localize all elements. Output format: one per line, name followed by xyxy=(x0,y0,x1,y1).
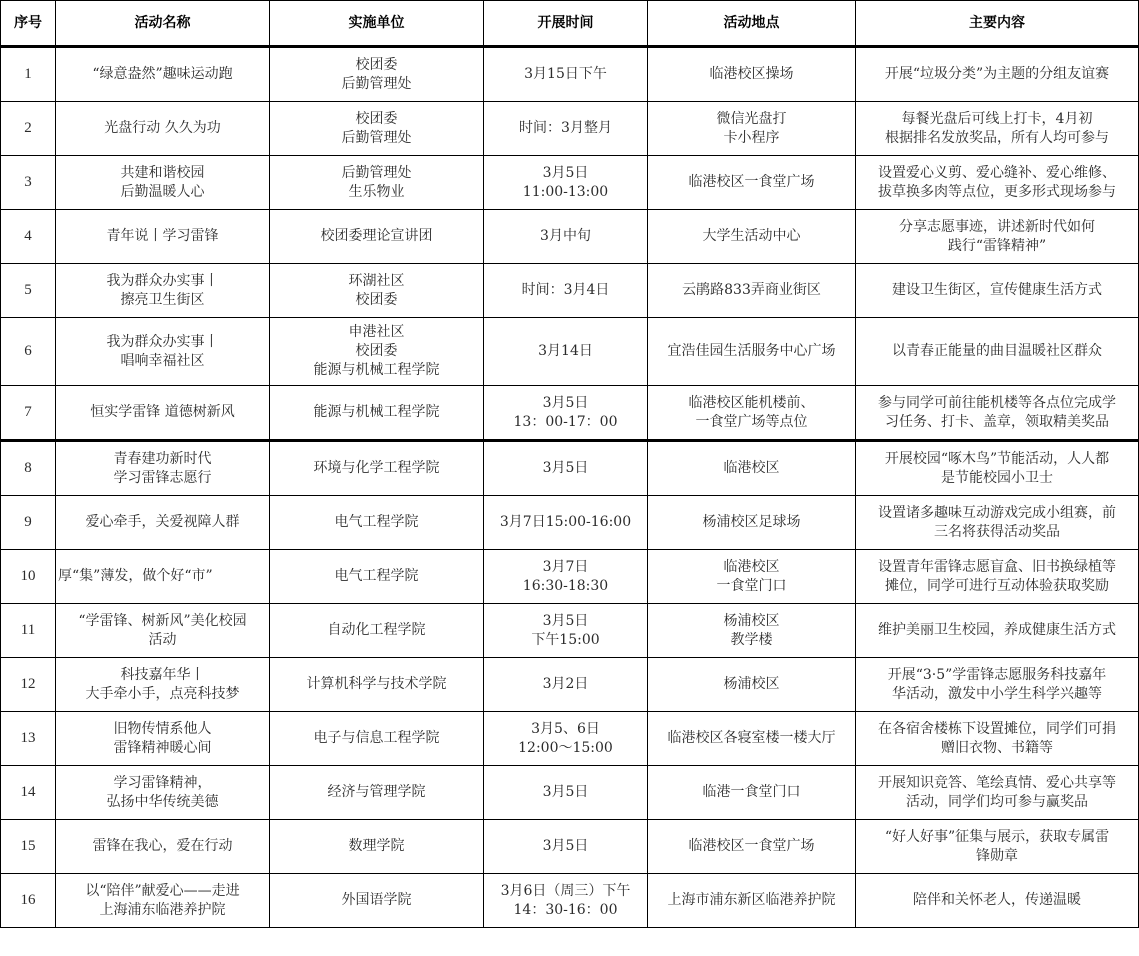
cell-unit: 电气工程学院 xyxy=(270,496,484,550)
cell-seq: 1 xyxy=(1,47,56,102)
cell-unit: 自动化工程学院 xyxy=(270,604,484,658)
cell-content: 维护美丽卫生校园，养成健康生活方式 xyxy=(856,604,1139,658)
cell-place: 宜浩佳园生活服务中心广场 xyxy=(648,318,856,386)
cell-time: 3月6日（周三）下午 14：30-16：00 xyxy=(484,874,648,928)
cell-seq: 3 xyxy=(1,156,56,210)
cell-place: 微信光盘打 卡小程序 xyxy=(648,102,856,156)
cell-seq: 11 xyxy=(1,604,56,658)
cell-content: 开展“3·5”学雷锋志愿服务科技嘉年 华活动，激发中小学生科学兴趣等 xyxy=(856,658,1139,712)
cell-unit: 申港社区 校团委 能源与机械工程学院 xyxy=(270,318,484,386)
header-activity-name: 活动名称 xyxy=(56,1,270,47)
table-row: 12 科技嘉年华丨 大手牵小手，点亮科技梦 计算机科学与技术学院 3月2日 杨浦… xyxy=(1,658,1139,712)
cell-activity-name: 厚“集”薄发，做个好“市” xyxy=(56,550,270,604)
header-row: 序号 活动名称 实施单位 开展时间 活动地点 主要内容 xyxy=(1,1,1139,47)
cell-seq: 16 xyxy=(1,874,56,928)
cell-content: 开展校园“啄木鸟”节能活动，人人都 是节能校园小卫士 xyxy=(856,441,1139,496)
cell-place: 大学生活动中心 xyxy=(648,210,856,264)
table-row: 7 恒实学雷锋 道德树新风 能源与机械工程学院 3月5日 13：00-17：00… xyxy=(1,386,1139,441)
cell-time: 3月15日下午 xyxy=(484,47,648,102)
cell-activity-name: 学习雷锋精神， 弘扬中华传统美德 xyxy=(56,766,270,820)
cell-place: 上海市浦东新区临港养护院 xyxy=(648,874,856,928)
table-row: 8 青春建功新时代 学习雷锋志愿行 环境与化学工程学院 3月5日 临港校区 开展… xyxy=(1,441,1139,496)
cell-unit: 校团委 后勤管理处 xyxy=(270,47,484,102)
cell-content: 以青春正能量的曲目温暖社区群众 xyxy=(856,318,1139,386)
cell-activity-name: 我为群众办实事丨 擦亮卫生街区 xyxy=(56,264,270,318)
cell-content: 建设卫生街区，宣传健康生活方式 xyxy=(856,264,1139,318)
cell-seq: 7 xyxy=(1,386,56,441)
cell-unit: 数理学院 xyxy=(270,820,484,874)
header-unit: 实施单位 xyxy=(270,1,484,47)
cell-content: 参与同学可前往能机楼等各点位完成学 习任务、打卡、盖章，领取精美奖品 xyxy=(856,386,1139,441)
cell-place: 临港校区 一食堂门口 xyxy=(648,550,856,604)
cell-seq: 14 xyxy=(1,766,56,820)
cell-place: 临港校区一食堂广场 xyxy=(648,156,856,210)
cell-time: 时间：3月4日 xyxy=(484,264,648,318)
table-row: 13 旧物传情系他人 雷锋精神暖心间 电子与信息工程学院 3月5、6日 12:0… xyxy=(1,712,1139,766)
cell-time: 3月5、6日 12:00～15:00 xyxy=(484,712,648,766)
cell-place: 临港校区 xyxy=(648,441,856,496)
cell-time: 3月中旬 xyxy=(484,210,648,264)
table-row: 10 厚“集”薄发，做个好“市” 电气工程学院 3月7日 16:30-18:30… xyxy=(1,550,1139,604)
table-row: 14 学习雷锋精神， 弘扬中华传统美德 经济与管理学院 3月5日 临港一食堂门口… xyxy=(1,766,1139,820)
cell-seq: 10 xyxy=(1,550,56,604)
table-row: 16 以“陪伴”献爱心——走进 上海浦东临港养护院 外国语学院 3月6日（周三）… xyxy=(1,874,1139,928)
cell-unit: 电子与信息工程学院 xyxy=(270,712,484,766)
cell-time: 3月5日 下午15:00 xyxy=(484,604,648,658)
table-row: 9 爱心牵手，关爱视障人群 电气工程学院 3月7日15:00-16:00 杨浦校… xyxy=(1,496,1139,550)
cell-seq: 15 xyxy=(1,820,56,874)
cell-time: 3月5日 xyxy=(484,766,648,820)
cell-place: 临港校区一食堂广场 xyxy=(648,820,856,874)
cell-activity-name: 科技嘉年华丨 大手牵小手，点亮科技梦 xyxy=(56,658,270,712)
cell-time: 3月14日 xyxy=(484,318,648,386)
cell-seq: 2 xyxy=(1,102,56,156)
cell-unit: 外国语学院 xyxy=(270,874,484,928)
cell-time: 3月5日 13：00-17：00 xyxy=(484,386,648,441)
header-place: 活动地点 xyxy=(648,1,856,47)
cell-content: 开展知识竞答、笔绘真情、爱心共享等 活动，同学们均可参与赢奖品 xyxy=(856,766,1139,820)
activity-table: 序号 活动名称 实施单位 开展时间 活动地点 主要内容 1 “绿意盎然”趣味运动… xyxy=(0,0,1139,928)
cell-seq: 5 xyxy=(1,264,56,318)
table-row: 3 共建和谐校园 后勤温暖人心 后勤管理处 生乐物业 3月5日 11:00-13… xyxy=(1,156,1139,210)
cell-activity-name: 恒实学雷锋 道德树新风 xyxy=(56,386,270,441)
cell-time: 3月5日 xyxy=(484,441,648,496)
cell-content: 开展“垃圾分类”为主题的分组友谊赛 xyxy=(856,47,1139,102)
cell-place: 杨浦校区 xyxy=(648,658,856,712)
cell-unit: 后勤管理处 生乐物业 xyxy=(270,156,484,210)
cell-unit: 经济与管理学院 xyxy=(270,766,484,820)
cell-place: 临港校区各寝室楼一楼大厅 xyxy=(648,712,856,766)
cell-place: 临港一食堂门口 xyxy=(648,766,856,820)
cell-activity-name: 我为群众办实事丨 唱响幸福社区 xyxy=(56,318,270,386)
cell-seq: 6 xyxy=(1,318,56,386)
cell-time: 3月5日 xyxy=(484,820,648,874)
cell-unit: 能源与机械工程学院 xyxy=(270,386,484,441)
header-time: 开展时间 xyxy=(484,1,648,47)
cell-content: “好人好事”征集与展示，获取专属雷 锋勋章 xyxy=(856,820,1139,874)
cell-place: 杨浦校区足球场 xyxy=(648,496,856,550)
table-row: 2 光盘行动 久久为功 校团委 后勤管理处 时间：3月整月 微信光盘打 卡小程序… xyxy=(1,102,1139,156)
cell-activity-name: 青春建功新时代 学习雷锋志愿行 xyxy=(56,441,270,496)
cell-content: 在各宿舍楼栋下设置摊位，同学们可捐 赠旧衣物、书籍等 xyxy=(856,712,1139,766)
cell-time: 时间：3月整月 xyxy=(484,102,648,156)
cell-seq: 9 xyxy=(1,496,56,550)
header-seq: 序号 xyxy=(1,1,56,47)
cell-unit: 环湖社区 校团委 xyxy=(270,264,484,318)
cell-place: 杨浦校区 教学楼 xyxy=(648,604,856,658)
cell-unit: 校团委理论宣讲团 xyxy=(270,210,484,264)
table-row: 5 我为群众办实事丨 擦亮卫生街区 环湖社区 校团委 时间：3月4日 云鹃路83… xyxy=(1,264,1139,318)
cell-content: 设置爱心义剪、爱心缝补、爱心维修、 拔草换多肉等点位，更多形式现场参与 xyxy=(856,156,1139,210)
cell-content: 分享志愿事迹，讲述新时代如何 践行“雷锋精神” xyxy=(856,210,1139,264)
cell-seq: 4 xyxy=(1,210,56,264)
header-content: 主要内容 xyxy=(856,1,1139,47)
table-row: 11 “学雷锋、树新风”美化校园 活动 自动化工程学院 3月5日 下午15:00… xyxy=(1,604,1139,658)
cell-seq: 12 xyxy=(1,658,56,712)
cell-unit: 环境与化学工程学院 xyxy=(270,441,484,496)
cell-place: 临港校区能机楼前、 一食堂广场等点位 xyxy=(648,386,856,441)
cell-activity-name: “学雷锋、树新风”美化校园 活动 xyxy=(56,604,270,658)
cell-content: 设置青年雷锋志愿盲盒、旧书换绿植等 摊位，同学可进行互动体验获取奖励 xyxy=(856,550,1139,604)
cell-time: 3月7日 16:30-18:30 xyxy=(484,550,648,604)
cell-activity-name: 以“陪伴”献爱心——走进 上海浦东临港养护院 xyxy=(56,874,270,928)
cell-activity-name: 旧物传情系他人 雷锋精神暖心间 xyxy=(56,712,270,766)
cell-activity-name: 雷锋在我心，爱在行动 xyxy=(56,820,270,874)
cell-activity-name: “绿意盎然”趣味运动跑 xyxy=(56,47,270,102)
cell-activity-name: 共建和谐校园 后勤温暖人心 xyxy=(56,156,270,210)
cell-seq: 13 xyxy=(1,712,56,766)
cell-activity-name: 爱心牵手，关爱视障人群 xyxy=(56,496,270,550)
cell-time: 3月2日 xyxy=(484,658,648,712)
table-row: 4 青年说丨学习雷锋 校团委理论宣讲团 3月中旬 大学生活动中心 分享志愿事迹，… xyxy=(1,210,1139,264)
table-row: 6 我为群众办实事丨 唱响幸福社区 申港社区 校团委 能源与机械工程学院 3月1… xyxy=(1,318,1139,386)
cell-seq: 8 xyxy=(1,441,56,496)
cell-unit: 电气工程学院 xyxy=(270,550,484,604)
cell-content: 每餐光盘后可线上打卡，4月初 根据排名发放奖品，所有人均可参与 xyxy=(856,102,1139,156)
cell-activity-name: 青年说丨学习雷锋 xyxy=(56,210,270,264)
cell-place: 云鹃路833弄商业街区 xyxy=(648,264,856,318)
cell-content: 设置诸多趣味互动游戏完成小组赛，前 三名将获得活动奖品 xyxy=(856,496,1139,550)
cell-time: 3月7日15:00-16:00 xyxy=(484,496,648,550)
cell-unit: 校团委 后勤管理处 xyxy=(270,102,484,156)
cell-activity-name: 光盘行动 久久为功 xyxy=(56,102,270,156)
cell-unit: 计算机科学与技术学院 xyxy=(270,658,484,712)
cell-content: 陪伴和关怀老人，传递温暖 xyxy=(856,874,1139,928)
cell-time: 3月5日 11:00-13:00 xyxy=(484,156,648,210)
table-row: 15 雷锋在我心，爱在行动 数理学院 3月5日 临港校区一食堂广场 “好人好事”… xyxy=(1,820,1139,874)
table-row: 1 “绿意盎然”趣味运动跑 校团委 后勤管理处 3月15日下午 临港校区操场 开… xyxy=(1,47,1139,102)
cell-place: 临港校区操场 xyxy=(648,47,856,102)
